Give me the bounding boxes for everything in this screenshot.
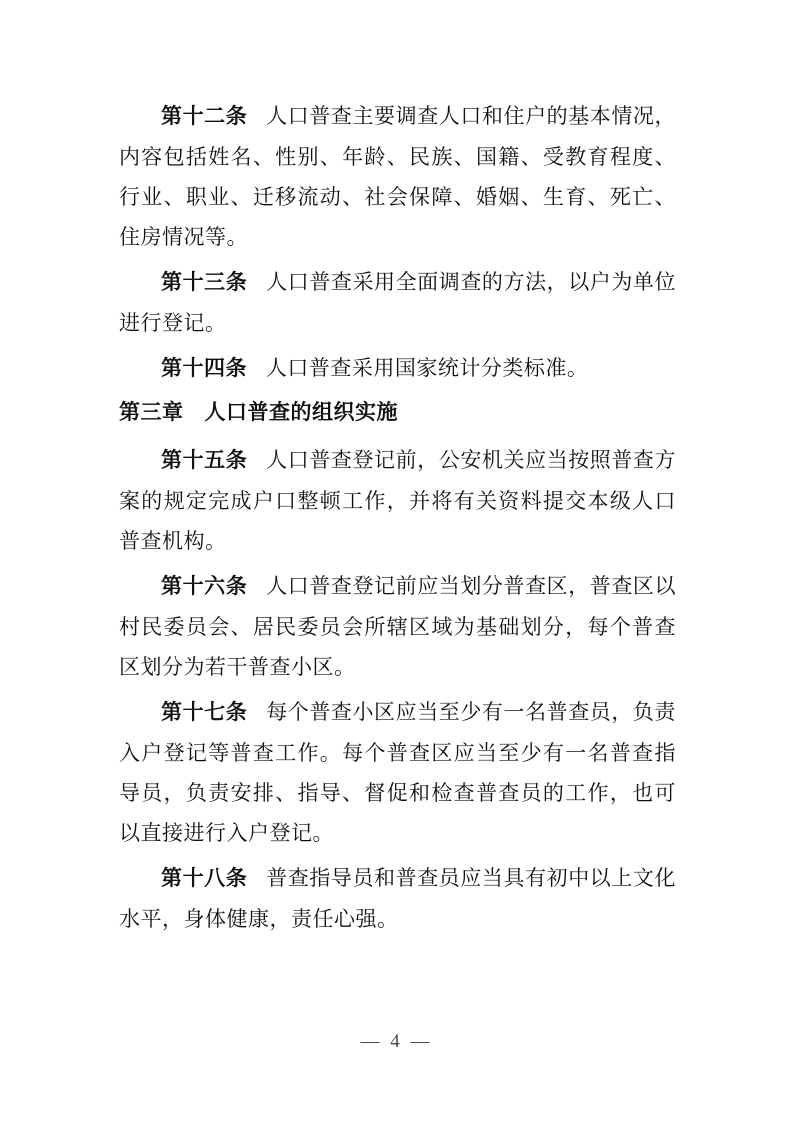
paragraph-article-13: 第十三条人口普查采用全面调查的方法，以户为单位进行登记。 — [119, 262, 676, 343]
article-15-number: 第十五条 — [161, 449, 247, 472]
chapter-3-title: 人口普查的组织实施 — [205, 401, 399, 424]
page-number: — 4 — — [0, 1028, 793, 1056]
paragraph-article-17: 第十七条每个普查小区应当至少有一名普查员，负责入户登记等普查工作。每个普查区应当… — [119, 692, 676, 853]
article-13-number: 第十三条 — [161, 271, 247, 294]
article-12-number: 第十二条 — [161, 105, 247, 128]
article-14-text: 人口普查采用国家统计分类标准。 — [266, 356, 589, 380]
chapter-3-heading: 第三章人口普查的组织实施 — [119, 393, 676, 433]
article-18-number: 第十八条 — [161, 867, 247, 890]
chapter-3-number: 第三章 — [119, 401, 184, 424]
paragraph-article-16: 第十六条人口普查登记前应当划分普查区，普查区以村民委员会、居民委员会所辖区域为基… — [119, 566, 676, 687]
paragraph-article-15: 第十五条人口普查登记前，公安机关应当按照普查方案的规定完成户口整顿工作，并将有关… — [119, 440, 676, 561]
document-page: 第十二条人口普查主要调查人口和住户的基本情况，内容包括姓名、性别、年龄、民族、国… — [0, 0, 793, 1122]
document-body: 第十二条人口普查主要调查人口和住户的基本情况，内容包括姓名、性别、年龄、民族、国… — [119, 96, 676, 939]
article-16-number: 第十六条 — [161, 575, 247, 598]
paragraph-article-18: 第十八条普查指导员和普查员应当具有初中以上文化水平，身体健康，责任心强。 — [119, 858, 676, 939]
article-14-number: 第十四条 — [161, 357, 247, 380]
paragraph-article-14: 第十四条人口普查采用国家统计分类标准。 — [119, 348, 676, 389]
article-17-number: 第十七条 — [161, 701, 247, 724]
paragraph-article-12: 第十二条人口普查主要调查人口和住户的基本情况，内容包括姓名、性别、年龄、民族、国… — [119, 96, 676, 257]
